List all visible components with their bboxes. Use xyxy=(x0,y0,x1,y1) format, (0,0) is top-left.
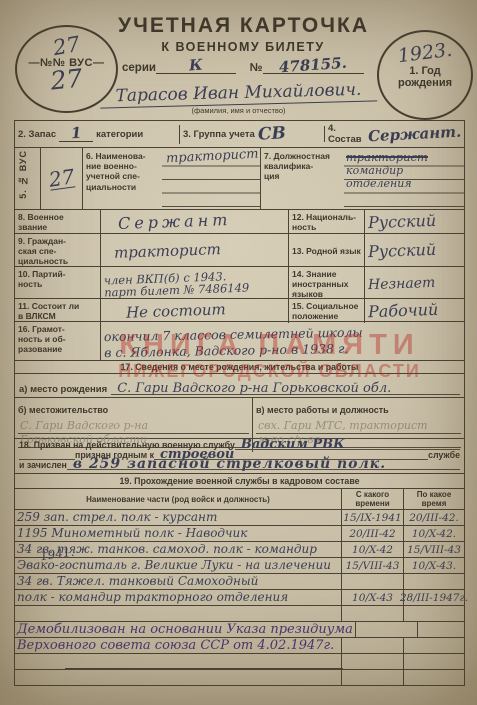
drafted-value: Вадским РВК xyxy=(241,438,345,451)
field-vus: 5. № ВУС xyxy=(15,148,41,209)
service-unit: 259 зап. стрел. полк - курсант xyxy=(15,510,342,525)
field-education: окончил 7 классов семилетней школы в с. … xyxy=(101,322,464,360)
birth-year-stamp: 1923. 1. Год рождения xyxy=(377,30,473,120)
field-qualification-struck: тракторист xyxy=(346,151,428,163)
service-from xyxy=(342,670,404,685)
field-native-language: Русский xyxy=(365,234,464,269)
service-from: 15/IX-1941 xyxy=(342,510,404,525)
field-vus-label: 5. № ВУС xyxy=(18,150,28,199)
service-row xyxy=(15,606,464,622)
service-row: 1195 Минометный полк - Наводчик 20/III-4… xyxy=(15,526,464,542)
field-languages-value: Незнает xyxy=(368,276,436,292)
service-row-demobilized: Демобилизован на основании Указа президи… xyxy=(15,622,464,638)
service-to xyxy=(404,574,464,589)
field-civil-specialty-value: тракторист xyxy=(114,242,221,260)
service-row: полк - командир тракторного отделения 10… xyxy=(15,590,464,606)
field-vus-value-cell: 27 xyxy=(41,148,83,209)
service-to: 15/VIII-43 xyxy=(404,542,464,557)
service-unit-text: Эвако-госпиталь г. Великие Луки - на изл… xyxy=(17,560,331,571)
service-unit xyxy=(15,606,342,621)
field-gruppa-label: 3. Группа учета xyxy=(183,129,255,140)
service-row xyxy=(15,654,464,670)
birthplace-value: С. Гари Вадского р-на Горьковской обл. xyxy=(117,382,391,395)
field-gruppa-ucheta: 3. Группа учета СВ xyxy=(180,126,325,142)
series-label: серии xyxy=(122,62,156,74)
field-gruppa-value: СВ xyxy=(258,127,286,140)
drafted-line: Вадским РВК xyxy=(235,449,460,450)
service-to-text: 10/X-42. xyxy=(412,529,456,539)
field-vlksm-value: Не состоит xyxy=(126,302,226,319)
service-from xyxy=(342,606,404,621)
drafted-line3: и зачислен в 259 запасной стрелковый пол… xyxy=(19,460,460,470)
row-2-3-4: 2. Запас 1 категории 3. Группа учета СВ … xyxy=(15,121,464,148)
service-from xyxy=(342,574,404,589)
row-5-6-7: 5. № ВУС 27 6. Наименова- ние военно- уч… xyxy=(15,148,464,210)
service-row: 34 гв. тяж. танков. самоход. полк - кома… xyxy=(15,542,464,558)
service-unit-text: Демобилизован на основании Указа президи… xyxy=(17,624,353,635)
section-17-title: 17. Сведения о месте рождения, жительств… xyxy=(15,361,464,373)
field-zapas-label: 2. Запас xyxy=(18,129,56,140)
full-name-value: Тарасов Иван Михайлович. xyxy=(100,78,378,108)
field-rank-label: 8. Военное звание xyxy=(15,210,101,234)
birthplace-line: С. Гари Вадского р-на Горьковской обл. xyxy=(111,394,460,395)
service-row xyxy=(15,670,464,685)
name-block: Тарасов Иван Михайлович. (фамилия, имя и… xyxy=(100,82,377,115)
row-16: 16. Грамот- ность и об- разование окончи… xyxy=(15,322,464,361)
service-to: 10/X-43. xyxy=(404,558,464,573)
service-from: 20/III-42 xyxy=(342,526,404,541)
field-nationality-value: Русский xyxy=(368,214,437,230)
card-title: УЧЕТНАЯ КАРТОЧКА xyxy=(118,14,368,38)
service-unit: Эвако-госпиталь г. Великие Луки - на изл… xyxy=(15,558,342,573)
field-vus-value: 27 xyxy=(47,166,75,190)
field-vlksm-label: 11. Состоит ли в ВЛКСМ xyxy=(15,299,101,323)
service-from: 10/X-42 xyxy=(342,542,404,557)
row-11-15: 11. Состоит ли в ВЛКСМ Не состоит 15. Со… xyxy=(15,299,464,322)
fit-suffix: службе xyxy=(428,450,460,460)
number-value: 478155. xyxy=(279,57,348,75)
service-row: 259 зап. стрел. полк - курсант 15/IX-194… xyxy=(15,510,464,526)
section-19-title: 19. Прохождение военной службы в кадрово… xyxy=(15,474,464,486)
field-nationality-label: 12. Националь- ность xyxy=(289,210,365,234)
birth-year-caption: 1. Год рождения xyxy=(379,65,471,89)
field-education-label: 16. Грамот- ность и об- разование xyxy=(15,322,101,360)
residence-label: б) местожительство xyxy=(18,405,108,415)
service-unit-text: 259 зап. стрел. полк - курсант xyxy=(17,512,217,523)
service-to-text: 20/III-42. xyxy=(409,513,459,523)
service-from-text: 15/VIII-43 xyxy=(346,561,400,571)
service-unit-text: Верховного совета союза ССР от 4.02.1947… xyxy=(17,640,334,651)
series-field: К xyxy=(156,59,236,74)
field-specialty-label: 6. Наименова- ние военно- учетной спе- ц… xyxy=(83,148,162,209)
service-to xyxy=(404,606,464,621)
enrolled-line: в 259 запасной стрелковый полк. xyxy=(67,469,460,470)
registration-card-table: 2. Запас 1 категории 3. Группа учета СВ … xyxy=(14,120,465,686)
field-specialty: 6. Наименова- ние военно- учетной спе- ц… xyxy=(83,148,261,209)
service-table-header: Наименование части (род войск и должност… xyxy=(15,489,464,510)
series-value: К xyxy=(189,59,204,73)
service-col-to: По какое время xyxy=(404,489,464,509)
field-native-language-value: Русский xyxy=(368,243,437,259)
field-zapas-line: 1 xyxy=(59,127,93,142)
row-9-13: 9. Граждан- ская спе- циальность трактор… xyxy=(15,234,464,267)
field-languages: Незнает xyxy=(365,267,464,302)
service-to-text: 28/III-1947г. xyxy=(400,593,468,603)
service-row: Эвако-госпиталь г. Великие Луки - на изл… xyxy=(15,558,464,574)
row-10-14: 10. Партий- ность член ВКП(б) с 1943. па… xyxy=(15,267,464,299)
field-zapas-value: 1 xyxy=(70,126,81,140)
row-17bv: б) местожительство С. Гари Вадского р-на… xyxy=(15,398,464,439)
field-party-value: член ВКП(б) с 1943. парт билет № 7486149 xyxy=(104,270,250,298)
service-to: 28/III-1947г. xyxy=(404,590,464,605)
service-from xyxy=(342,638,404,653)
service-from-text: 10/X-42 xyxy=(352,545,393,555)
field-qualification-lines: тракторист командир отделения xyxy=(344,153,464,209)
service-to xyxy=(418,622,477,637)
field-native-language-label: 13. Родной язык xyxy=(289,234,365,269)
field-civil-specialty: тракторист xyxy=(101,234,289,269)
section-19-title-row: 19. Прохождение военной службы в кадрово… xyxy=(15,474,464,489)
number-label: № xyxy=(250,62,263,74)
service-to xyxy=(404,654,464,669)
field-party-label: 10. Партий- ность xyxy=(15,267,101,302)
field-civil-specialty-label: 9. Граждан- ская спе- циальность xyxy=(15,234,101,269)
service-unit-text: 34 гв. Тяжел. танковый Самоходный xyxy=(17,576,258,587)
field-education-value: окончил 7 классов семилетней школы в с. … xyxy=(104,323,462,361)
service-unit-text: 1195 Минометный полк - Наводчик xyxy=(17,528,247,539)
title-block: УЧЕТНАЯ КАРТОЧКА К ВОЕННОМУ БИЛЕТУ серии… xyxy=(118,14,368,74)
row-17a: а) место рождения С. Гари Вадского р-на … xyxy=(15,374,464,398)
field-zapas-suffix: категории xyxy=(96,129,143,140)
row-18: 18. Призван на действительную военную сл… xyxy=(15,439,464,474)
field-qualification-value: командир отделения xyxy=(346,164,434,190)
field-specialty-value: тракторист xyxy=(166,149,259,166)
service-to: 20/III-42. xyxy=(404,510,464,525)
field-party: член ВКП(б) с 1943. парт билет № 7486149 xyxy=(101,267,289,302)
card-header: 27 —№№ ВУС— 27 УЧЕТНАЯ КАРТОЧКА К ВОЕННО… xyxy=(0,0,477,120)
enrolled-label: и зачислен xyxy=(19,460,67,470)
birth-year-value: 1923. xyxy=(378,38,472,67)
field-sostav: 4. Состав Сержант. xyxy=(325,121,464,147)
service-from-text: 10/X-43 xyxy=(352,593,393,603)
service-from xyxy=(342,654,404,669)
service-from: 15/VIII-43 xyxy=(342,558,404,573)
field-qualification: 7. Должностная квалифика- ция тракторист… xyxy=(261,148,464,209)
field-social-value: Рабочий xyxy=(368,303,439,319)
drafted-line1: 18. Призван на действительную военную сл… xyxy=(19,440,460,450)
workplace-label: в) место работы и должность xyxy=(256,405,389,415)
field-sostav-value: Сержант. xyxy=(367,126,461,143)
service-unit: полк - командир тракторного отделения xyxy=(15,590,342,605)
service-row: 34 гв. Тяжел. танковый Самоходный xyxy=(15,574,464,590)
service-to: 10/X-42. xyxy=(404,526,464,541)
service-to-text: 10/X-43. xyxy=(412,561,456,571)
field-qualification-label: 7. Должностная квалифика- ция xyxy=(261,148,344,209)
service-to xyxy=(404,670,464,685)
service-row-demobilized: Верховного совета союза ССР от 4.02.1947… xyxy=(15,638,464,654)
field-vlksm: Не состоит xyxy=(101,299,289,323)
service-to xyxy=(404,638,464,653)
service-unit: 34 гв. Тяжел. танковый Самоходный xyxy=(15,574,342,589)
section-17-title-row: 17. Сведения о месте рождения, жительств… xyxy=(15,361,464,374)
service-from-text: 20/III-42 xyxy=(349,529,395,539)
service-to-text: 15/VIII-43 xyxy=(407,545,461,555)
number-field: 478155. xyxy=(263,59,364,74)
service-unit xyxy=(15,670,342,685)
field-social: Рабочий xyxy=(365,299,464,323)
field-rank: Сержант xyxy=(101,210,289,234)
service-unit xyxy=(15,654,342,669)
service-from xyxy=(356,622,418,637)
field-languages-label: 14. Знание иностранных языков xyxy=(289,267,365,302)
service-col-from: С какого времени xyxy=(342,489,404,509)
enrolled-value: в 259 запасной стрелковый полк. xyxy=(73,458,386,471)
row-8-12: 8. Военное звание Сержант 12. Националь-… xyxy=(15,210,464,234)
field-social-label: 15. Социальное положение xyxy=(289,299,365,323)
card-subtitle: К ВОЕННОМУ БИЛЕТУ xyxy=(118,40,368,54)
service-from: 10/X-43 xyxy=(342,590,404,605)
field-nationality: Русский xyxy=(365,210,464,234)
service-unit: 1195 Минометный полк - Наводчик xyxy=(15,526,342,541)
birthplace-label: а) место рождения xyxy=(19,384,107,395)
service-unit: Демобилизован на основании Указа президи… xyxy=(15,622,356,637)
field-rank-value: Сержант xyxy=(118,213,232,231)
service-unit-text: полк - командир тракторного отделения xyxy=(17,592,288,603)
series-line: серии К № 478155. xyxy=(118,59,368,74)
service-col-unit: Наименование части (род войск и должност… xyxy=(15,489,342,509)
service-unit: Верховного совета союза ССР от 4.02.1947… xyxy=(15,638,342,653)
field-sostav-label: 4. Состав xyxy=(328,123,365,145)
field-specialty-lines: тракторист xyxy=(162,153,260,209)
service-from-text: 15/IX-1941 xyxy=(343,513,401,523)
field-zapas: 2. Запас 1 категории xyxy=(15,125,180,144)
